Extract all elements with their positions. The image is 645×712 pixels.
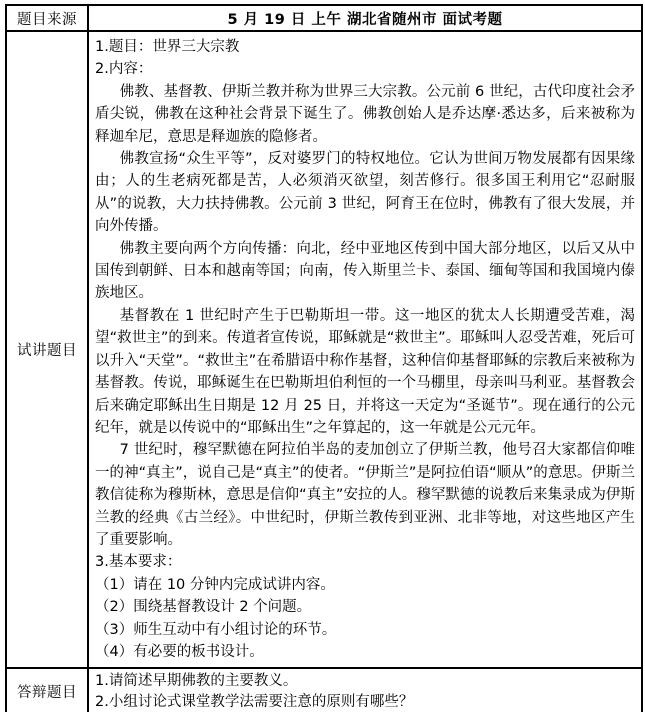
requirement-item: （3）师生互动中有小组讨论的环节。: [95, 619, 635, 641]
lecture-paragraph: 7 世纪时，穆罕默德在阿拉伯半岛的麦加创立了伊斯兰教，他号召大家都信仰唯一的神“…: [95, 439, 635, 551]
defense-content: 1.请简述早期佛教的主要教义。 2.小组讨论式课堂教学法需要注意的原则有哪些？: [89, 669, 641, 712]
defense-row-label: 答辩题目: [7, 669, 89, 712]
requirement-item: （1）请在 10 分钟内完成试讲内容。: [95, 574, 635, 596]
requirement-item: （2）围绕基督教设计 2 个问题。: [95, 596, 635, 618]
exam-question-table: 题目来源 5 月 19 日 上午 湖北省随州市 面试考题 试讲题目 1.题目：世…: [5, 4, 643, 712]
lecture-row: 试讲题目 1.题目：世界三大宗教 2.内容： 佛教、基督教、伊斯兰教并称为世界三…: [7, 30, 641, 667]
defense-question: 1.请简述早期佛教的主要教义。: [95, 671, 635, 692]
source-row-label: 题目来源: [7, 6, 89, 30]
defense-question: 2.小组讨论式课堂教学法需要注意的原则有哪些？: [95, 692, 635, 712]
lecture-paragraph: 基督教在 1 世纪时产生于巴勒斯坦一带。这一地区的犹太人长期遭受苦难，渴望“救世…: [95, 305, 635, 439]
source-row: 题目来源 5 月 19 日 上午 湖北省随州市 面试考题: [7, 6, 641, 30]
requirement-item: （4）有必要的板书设计。: [95, 641, 635, 663]
defense-row: 答辩题目 1.请简述早期佛教的主要教义。 2.小组讨论式课堂教学法需要注意的原则…: [7, 667, 641, 712]
lecture-paragraph: 佛教主要向两个方向传播：向北，经中亚地区传到中国大部分地区，以后又从中国传到朝鲜…: [95, 238, 635, 305]
lecture-content-label: 2.内容：: [95, 58, 635, 80]
lecture-paragraph: 佛教、基督教、伊斯兰教并称为世界三大宗教。公元前 6 世纪，古代印度社会矛盾尖锐…: [95, 81, 635, 148]
lecture-content: 1.题目：世界三大宗教 2.内容： 佛教、基督教、伊斯兰教并称为世界三大宗教。公…: [89, 32, 641, 667]
lecture-paragraph: 佛教宣扬“众生平等”，反对婆罗门的特权地位。它认为世间万物发展都有因果缘由；人的…: [95, 148, 635, 238]
lecture-row-label: 试讲题目: [7, 32, 89, 667]
exam-source-title: 5 月 19 日 上午 湖北省随州市 面试考题: [89, 6, 641, 30]
lecture-title-line: 1.题目：世界三大宗教: [95, 36, 635, 58]
requirements-label: 3.基本要求：: [95, 551, 635, 573]
